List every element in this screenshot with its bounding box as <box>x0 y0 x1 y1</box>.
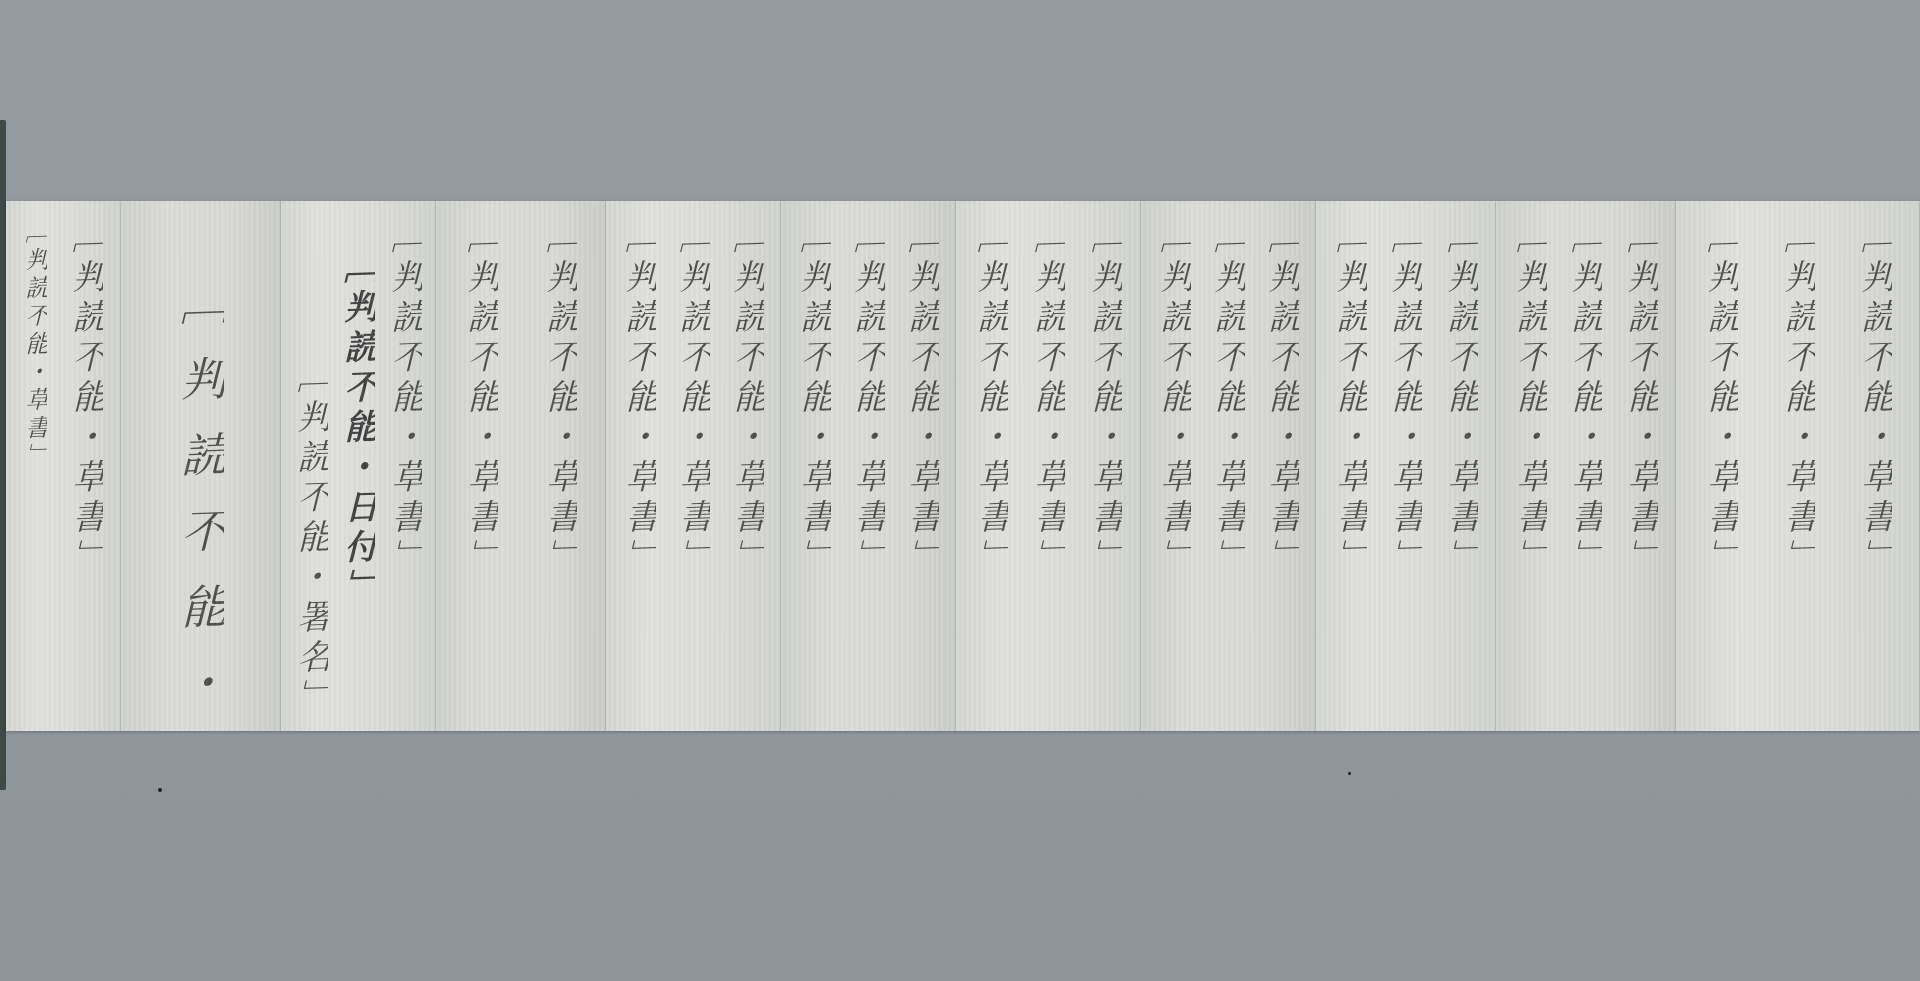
text-column: ［判読不能・草書］ <box>1513 218 1547 579</box>
text-column: ［判読不能・草書］ <box>69 218 103 579</box>
dust-speck <box>158 788 162 792</box>
text-column: ［判読不能・草書］ <box>1568 218 1602 579</box>
text-column: ［判読不能・草書］ <box>1704 218 1738 579</box>
text-column: ［判読不能・草書］ <box>1157 218 1191 579</box>
addressee-column: ［判読不能・宛名］ <box>178 278 224 731</box>
paper-panel: ［判読不能・草書］ ［判読不能・草書］ ［判読不能・草書］ <box>956 201 1141 731</box>
text-column: ［判読不能・草書］ <box>851 218 885 579</box>
text-column: ［判読不能・草書］ <box>1624 218 1658 579</box>
paper-panel: ［判読不能・宛名］ <box>121 201 281 731</box>
text-column: ［判読不能・草書］ <box>905 218 939 579</box>
paper-panel: ［判読不能・草書］ ［判読不能・草書］ ［判読不能・草書］ <box>1141 201 1316 731</box>
text-columns: ［判読不能・草書］ ［判読不能・草書］ ［判読不能・草書］ <box>956 219 1140 717</box>
text-column: ［判読不能・草書］ <box>1265 218 1299 579</box>
text-columns: ［判読不能・草書］ ［判読不能・草書］ ［判読不能・草書］ <box>781 219 955 717</box>
text-column: ［判読不能・草書］ <box>676 218 710 579</box>
signature-column: ［判読不能・署名］ <box>294 358 328 719</box>
paper-panel: ［判読不能・草書］ ［判読不能・草書］ ［判読不能・草書］ <box>1496 201 1676 731</box>
paper-panel: ［判読不能・草書］ ［判読不能・草書］ ［判読不能・草書］ <box>1676 201 1920 731</box>
text-column: ［判読不能・草書］ <box>730 218 764 579</box>
text-column: ［判読不能・草書］ <box>1333 218 1367 579</box>
dust-speck <box>1348 772 1351 775</box>
text-columns: ［判読不能・草書］ ［判読不能・草書］ ［判読不能・草書］ <box>606 219 780 717</box>
text-column: ［判読不能・草書］ <box>622 218 656 579</box>
paper-panel: ［判読不能・草書］ ［判読不能・草書］ ［判読不能・草書］ <box>781 201 956 731</box>
text-column: ［判読不能・草書］ <box>974 218 1008 579</box>
text-columns: ［判読不能・草書］ ［判読不能・草書］ ［判読不能・草書］ <box>1496 219 1675 717</box>
text-columns: ［判読不能・宛名］ <box>121 219 280 717</box>
text-column: ［判読不能・草書］ <box>464 218 498 579</box>
text-column: ［判読不能・草書］ <box>1088 218 1122 579</box>
paper-panel: ［判読不能・草書］ ［判読不能・草書］ <box>6 201 121 731</box>
text-column: ［判読不能・草書］ <box>1444 218 1478 579</box>
text-columns: ［判読不能・草書］ ［判読不能・草書］ <box>436 219 605 717</box>
text-column: ［判読不能・草書］ <box>1781 218 1815 579</box>
letter-paper-strip: ［判読不能・草書］ ［判読不能・草書］ ［判読不能・宛名］ ［判読不能・草書］ … <box>6 201 1920 731</box>
date-column: ［判読不能・日付］ <box>341 248 375 609</box>
paper-panel: ［判読不能・草書］ ［判読不能・草書］ ［判読不能・草書］ <box>1316 201 1496 731</box>
text-columns: ［判読不能・草書］ ［判読不能・日付］ ［判読不能・署名］ <box>281 219 435 717</box>
paper-panel: ［判読不能・草書］ ［判読不能・草書］ ［判読不能・草書］ <box>606 201 781 731</box>
text-columns: ［判読不能・草書］ ［判読不能・草書］ <box>6 219 120 717</box>
text-column: ［判読不能・草書］ <box>1858 218 1892 579</box>
paper-panel: ［判読不能・草書］ ［判読不能・草書］ <box>436 201 606 731</box>
text-column: ［判読不能・草書］ <box>1388 218 1422 579</box>
text-columns: ［判読不能・草書］ ［判読不能・草書］ ［判読不能・草書］ <box>1676 219 1919 717</box>
text-column: ［判読不能・草書］ <box>23 219 47 472</box>
text-columns: ［判読不能・草書］ ［判読不能・草書］ ［判読不能・草書］ <box>1316 219 1495 717</box>
text-columns: ［判読不能・草書］ ［判読不能・草書］ ［判読不能・草書］ <box>1141 219 1315 717</box>
text-column: ［判読不能・草書］ <box>388 218 422 579</box>
paper-panel: ［判読不能・草書］ ［判読不能・日付］ ［判読不能・署名］ <box>281 201 436 731</box>
text-column: ［判読不能・草書］ <box>1211 218 1245 579</box>
text-column: ［判読不能・草書］ <box>797 218 831 579</box>
text-column: ［判読不能・草書］ <box>543 218 577 579</box>
text-column: ［判読不能・草書］ <box>1031 218 1065 579</box>
